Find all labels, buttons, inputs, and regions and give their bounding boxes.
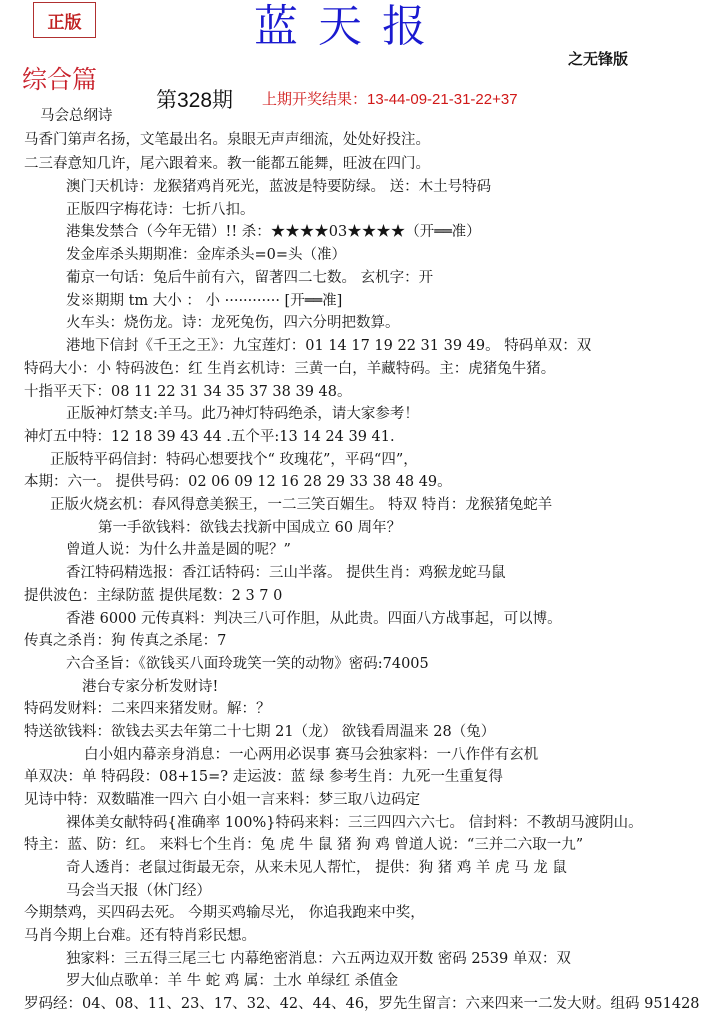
- newspaper-title: 蓝天报: [254, 2, 446, 52]
- text-line: 香江特码精选报：香江话特码：三山半落。 提供生肖：鸡猴龙蛇马鼠: [66, 563, 506, 583]
- text-line: 奇人透肖：老鼠过街最无奈，从来未见人帮忙， 提供：狗 猪 鸡 羊 虎 马 龙 鼠: [66, 858, 567, 878]
- text-line: 第一手欲钱料：欲钱去找新中国成立 60 周年？: [98, 518, 401, 538]
- text-line: 特码发财料：二来四来猪发财。解：？: [24, 699, 271, 719]
- text-line: 正版神灯禁支:羊马。此乃神灯特码绝杀，请大家参考！: [66, 404, 419, 424]
- text-line: 六合圣旨：《欲钱买八面玲珑笑一笑的动物》密码:74005: [66, 654, 429, 674]
- text-line: 港集发禁合（今年无错）!! 杀：★★★★03★★★★（开══准）: [66, 222, 481, 242]
- text-line: 正版火烧玄机：春风得意美猴王，一二三笑百媚生。 特双 特肖：龙猴猪兔蛇羊: [50, 495, 552, 515]
- text-line: 港台专家分析发财诗!: [82, 677, 218, 697]
- text-line: 曾道人说：为什么井盖是圆的呢？”: [66, 540, 291, 560]
- text-line: 白小姐内幕亲身消息：一心两用必误事 赛马会独家料：一八作伴有玄机: [84, 745, 538, 765]
- last-draw-result: 上期开奖结果：13-44-09-21-31-22+37: [262, 88, 518, 109]
- text-line: 单双决：单 特码段：08+15=? 走运波：蓝 绿 参考生肖：九死一生重复得: [24, 767, 503, 787]
- text-line: 马会当天报（休门经）: [66, 881, 211, 901]
- text-line: 正版四字梅花诗：七折八扣。: [66, 200, 255, 220]
- text-line: 特主：蓝、防：红。 来料七个生肖：兔 虎 牛 鼠 猪 狗 鸡 曾道人说：“三并二…: [24, 835, 583, 855]
- text-line: 香港 6000 元传真料：判决三八可作胆，从此贵。四面八方战事起，可以博。: [66, 609, 562, 629]
- text-line: 火车头：烧伤龙。诗：龙死兔伤，四六分明把数算。: [66, 313, 400, 333]
- text-line: 裸体美女献特码{准确率 100%}特码来料：三三四四六六七。 信封料：不教胡马渡…: [66, 813, 643, 833]
- text-line: 罗大仙点歌单：羊 牛 蛇 鸡 属：土水 单绿红 杀值金: [66, 971, 398, 991]
- text-line: 传真之杀肖：狗 传真之杀尾：7: [24, 631, 226, 651]
- text-line: 见诗中特：双数瞄准一四六 白小姐一言来料：梦三取八边码定: [24, 790, 420, 810]
- text-line: 正版特平码信封：特码心想要找个“ 玫瑰花”，平码“四”，: [50, 450, 418, 470]
- text-line: 澳门天机诗：龙猴猪鸡肖死光，蓝波是特要防绿。 送：木土号特码: [66, 177, 491, 197]
- text-line: 特码大小：小 特码波色：红 生肖玄机诗：三黄一白，羊藏特码。主：虎猪兔牛猪。: [24, 359, 555, 379]
- text-line: 马香门第声名扬，文笔最出名。泉眼无声声细流，处处好投注。: [24, 130, 430, 150]
- last-draw-label: 上期开奖结果：: [262, 91, 367, 108]
- text-line: 马肖今期上台难。还有特肖彩民想。: [24, 926, 256, 946]
- text-line: 港地下信封《千王之王》：九宝莲灯：01 14 17 19 22 31 39 49…: [66, 336, 591, 356]
- text-line: 神灯五中特：12 18 39 43 44 .五个平:13 14 24 39 41…: [24, 427, 395, 447]
- text-line: 马会总纲诗: [40, 106, 113, 126]
- authentic-edition-badge: 正版: [33, 2, 96, 38]
- issue-number: 第328期: [156, 84, 233, 114]
- text-line: 葡京一句话：兔后牛前有六，留著四二七数。 玄机字：开: [66, 268, 433, 288]
- text-line: 提供波色：主绿防蓝 提供尾数：2 3 7 0: [24, 586, 282, 606]
- text-line: 独家料：三五得三尾三七 内幕绝密消息：六五两边双开数 密码 2539 单双：双: [66, 949, 571, 969]
- edition-label: 之无锋版: [568, 48, 628, 69]
- text-line: 二三春意知几许，尾六跟着来。教一能都五能舞，旺波在四门。: [24, 154, 430, 174]
- section-title: 综合篇: [22, 60, 97, 96]
- last-draw-numbers: 13-44-09-21-31-22+37: [367, 91, 518, 108]
- text-line: 特送欲钱料：欲钱去买去年第二十七期 21（龙） 欲钱看周温来 28（兔）: [24, 722, 495, 742]
- text-line: 发※期期 tm 大小 ： 小 ············ [开══准]: [66, 291, 342, 311]
- text-line: 十指平天下：08 11 22 31 34 35 37 38 39 48。: [24, 382, 352, 402]
- text-line: 罗码经：04、08、11、23、17、32、42、44、46，罗先生留言：六来四…: [24, 994, 700, 1014]
- text-line: 今期禁鸡，买四码去死。 今期买鸡输尽光， 你追我跑来中奖，: [24, 903, 425, 923]
- text-line: 本期：六一。 提供号码：02 06 09 12 16 28 29 33 38 4…: [24, 472, 452, 492]
- text-line: 发金库杀头期期准：金库杀头=0=头（准）: [66, 245, 346, 265]
